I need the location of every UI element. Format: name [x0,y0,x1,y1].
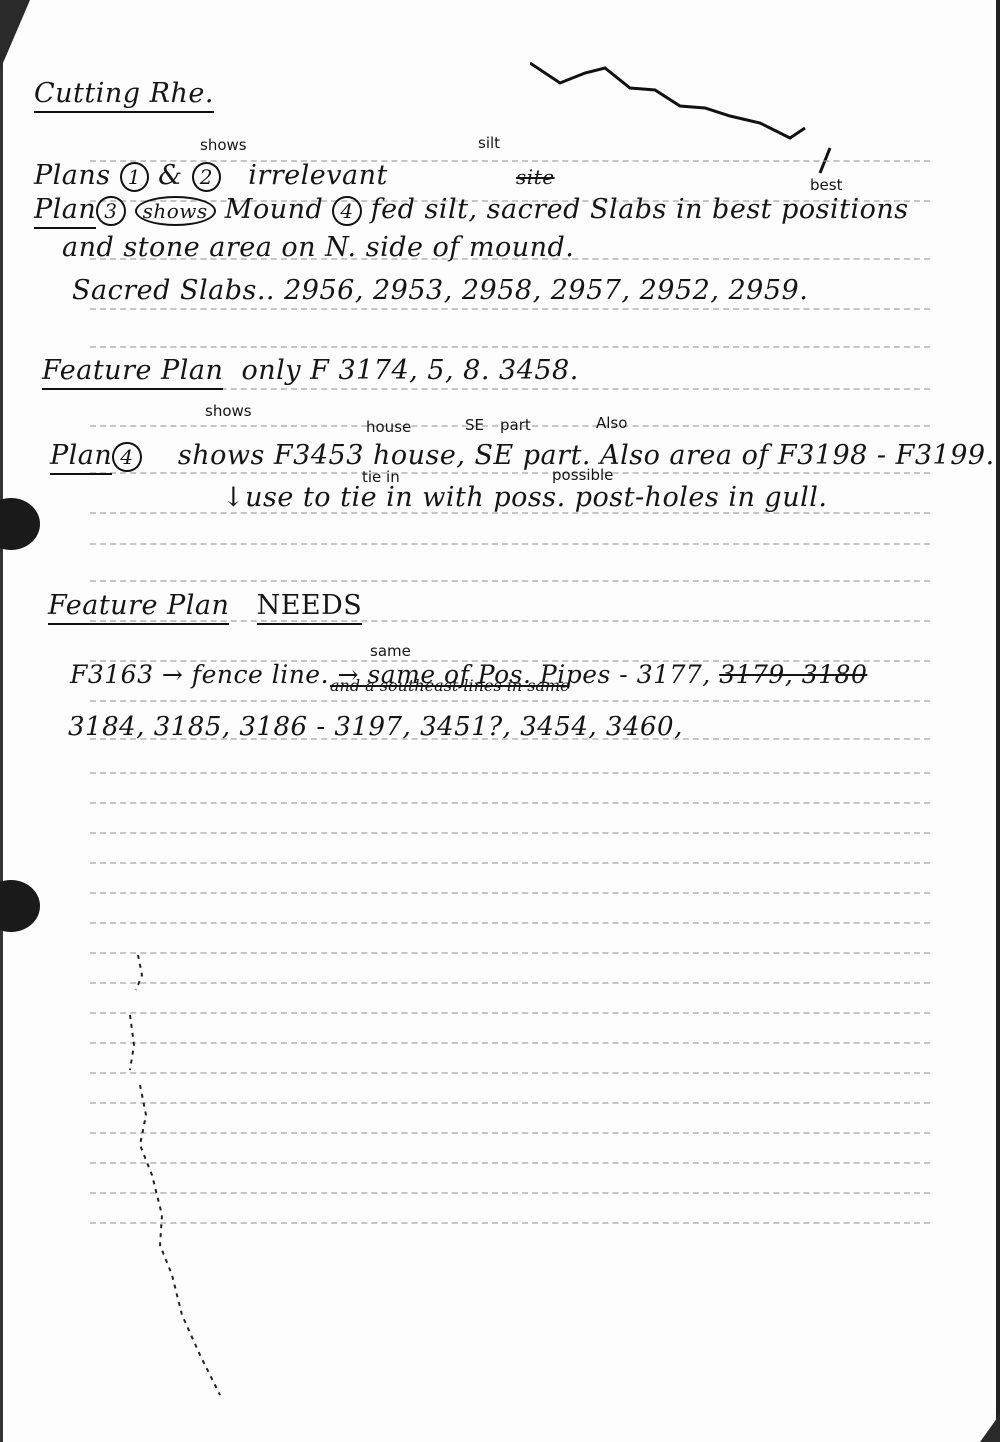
line-sacred-slabs: Sacred Slabs.. 2956, 2953, 2958, 2957, 2… [72,275,808,306]
ruled-line [90,952,930,954]
line-plans-irrelevant: Plans 1 & 2 irrelevant site [34,160,555,192]
punch-hole [0,880,40,932]
tear-mark [530,28,950,178]
line-stone-area: and stone area on N. side of mound. [62,232,574,263]
insertion-shows: shows [200,136,247,154]
word: Plans [34,160,111,191]
insertion-house: house [366,418,411,436]
ruled-line [90,700,930,702]
page-right-edge [996,0,1000,1442]
margin-scribble [120,955,320,1415]
circled-number: 1 [120,162,149,192]
ruled-line [90,832,930,834]
punch-hole [0,498,40,550]
word: & [158,160,183,191]
ruled-line [90,862,930,864]
circled-number: 3 [96,196,125,226]
slab-numbers: 2956, 2953, 2958, 2957, 2952, 2959. [284,275,808,306]
heading-cutting: Cutting Rhe. [34,78,214,113]
scanned-notebook-page: Cutting Rhe. shows silt Plans 1 & 2 irre… [0,0,1000,1442]
ruled-line [90,802,930,804]
line-feature-numbers: 3184, 3185, 3186 - 3197, 3451?, 3454, 34… [68,712,683,742]
struck-phrase: and a southeast lines in same [330,676,570,695]
ruled-line [90,922,930,924]
struck-word: 3179, 3180 [719,660,867,689]
feature-list: only F 3174, 5, 8. 3458. [242,355,579,386]
insertion-same: same [370,642,411,660]
line-plan4: Plan4 shows F3453 house, SE part. Also a… [50,440,995,472]
line-plan3: Plan3 shows Mound 4 fed silt, sacred Sla… [34,194,909,226]
heading-feature-plan: Feature Plan [48,590,229,625]
line-tie-in: ↓use to tie in with poss. post-holes in … [222,482,827,513]
label: Sacred Slabs.. [72,275,275,306]
ruled-line [90,543,930,545]
word: Mound [225,194,323,225]
insertion-also: Also [596,414,627,432]
insertion-best: best [810,176,842,194]
insertion-silt: silt [478,134,500,152]
circled-number: 4 [112,442,141,472]
ruled-line [90,892,930,894]
folded-corner [0,0,30,70]
page-left-edge [0,0,3,1442]
struck-word: and a southeast lines in same [330,676,570,695]
circled-number: 2 [192,162,221,192]
word: use to tie in with poss. post-holes in g… [245,482,827,513]
word: Plan [34,194,96,229]
ruled-line [90,346,930,348]
circled-number: 4 [332,196,361,226]
circled-word: shows [135,196,216,226]
line-feature-plan: Feature Plan only F 3174, 5, 8. 3458. [42,355,579,386]
line-feature-plan-needs: Feature Plan NEEDS [48,590,362,621]
bottom-right-corner-shadow [980,1414,1000,1442]
heading-feature-plan: Feature Plan [42,355,223,390]
word: 3177, [637,660,711,689]
word: Plan [50,440,112,475]
insertion-part: part [500,416,531,434]
struck-word: site [516,165,555,189]
ruled-line [90,308,930,310]
insertion-se: SE [465,416,484,434]
word: irrelevant [248,160,388,191]
ruled-line [90,580,930,582]
ruled-line [90,772,930,774]
ruled-line [90,472,930,474]
word: fed silt, sacred Slabs in best positions [371,194,909,225]
insertion-shows: shows [205,402,252,420]
heading-needs: NEEDS [257,590,363,625]
